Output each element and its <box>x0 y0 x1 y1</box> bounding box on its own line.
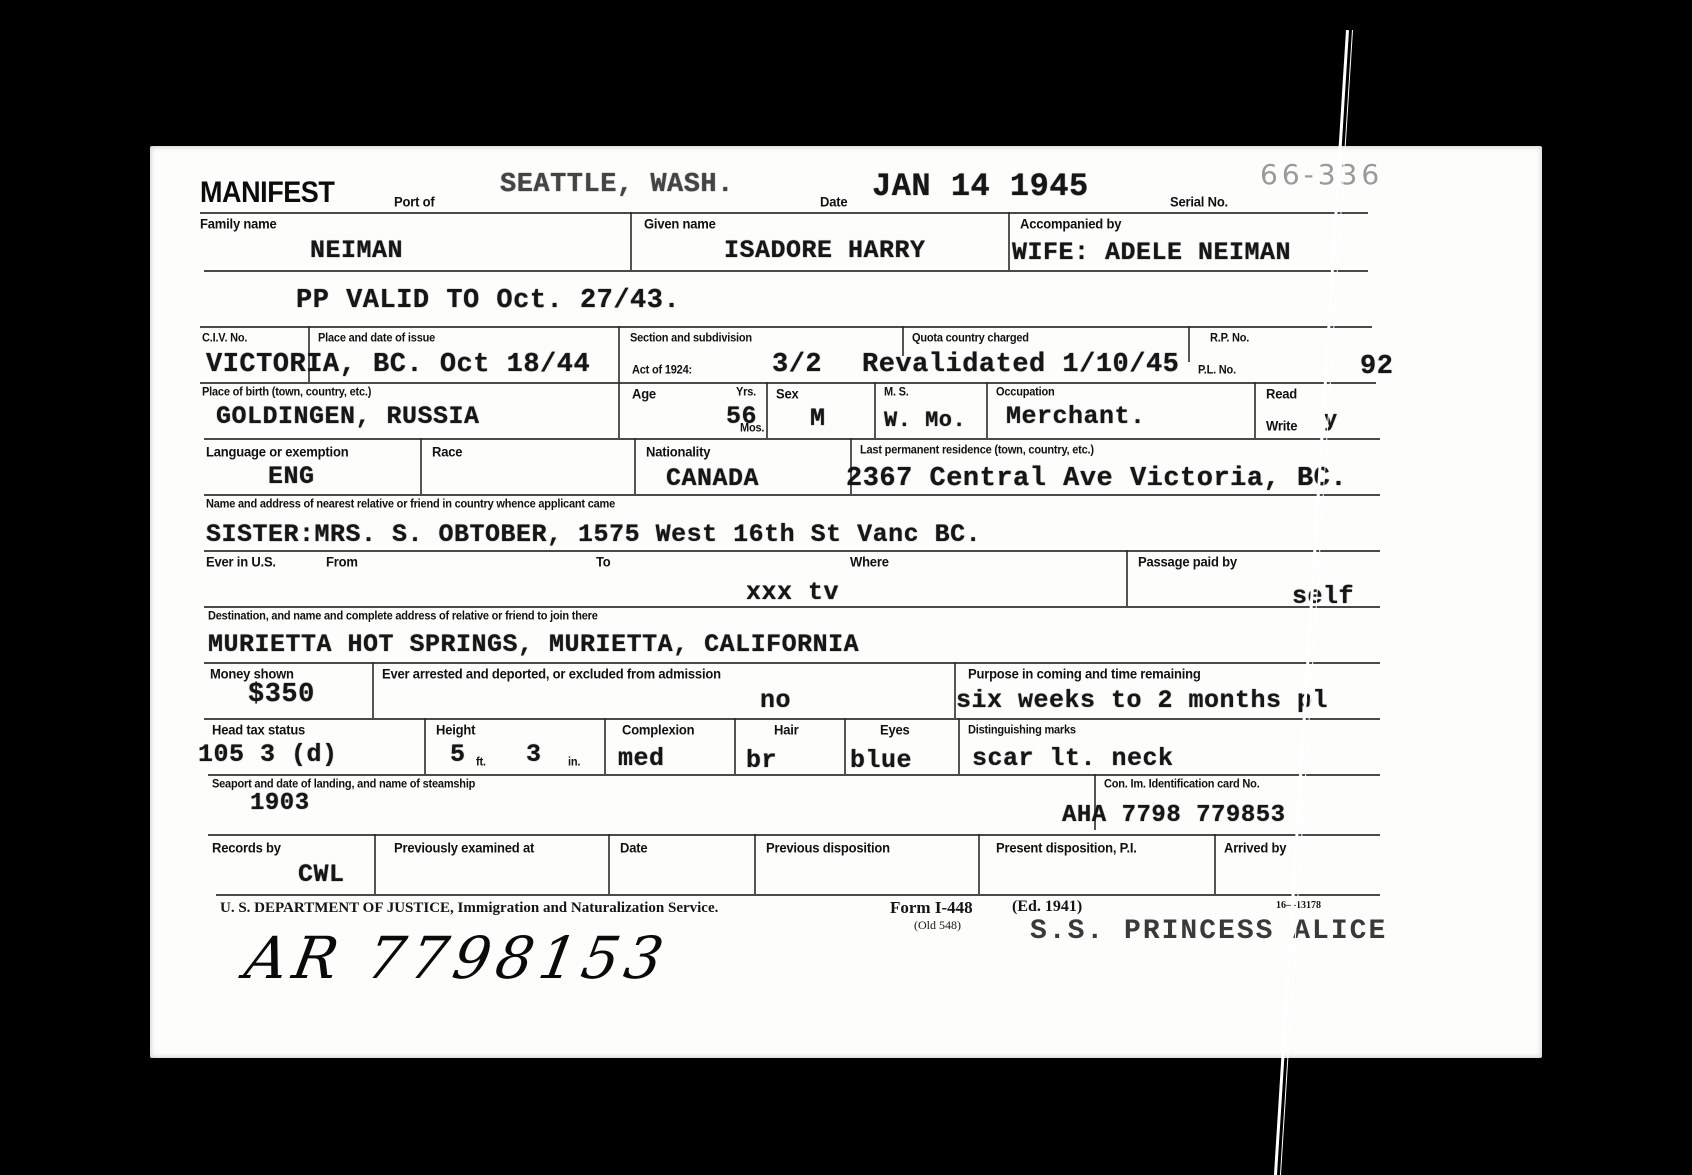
date-stamp: JAN 14 1945 <box>872 168 1089 205</box>
serial-label: Serial No. <box>1170 194 1228 210</box>
headtax-value: 105 3 (d) <box>198 740 338 769</box>
divider <box>874 382 876 438</box>
divider <box>604 718 606 774</box>
idcard-value: AHA 7798 779853 <box>1062 802 1286 829</box>
nationality-value: CANADA <box>666 464 759 493</box>
divider <box>200 326 1372 328</box>
divider <box>844 718 846 774</box>
given-name-label: Given name <box>644 216 716 232</box>
family-name-label: Family name <box>200 216 277 232</box>
to-label: To <box>596 554 611 570</box>
marital-status-label: M. S. <box>884 386 909 399</box>
footer-department: U. S. DEPARTMENT OF JUSTICE, Immigration… <box>220 900 718 917</box>
headtax-label: Head tax status <box>212 722 305 738</box>
divider <box>734 718 736 774</box>
divider <box>1254 382 1256 438</box>
accompanied-value: WIFE: ADELE NEIMAN <box>1012 238 1291 267</box>
manifest-title: MANIFEST <box>200 176 334 210</box>
height-in-value: 3 <box>526 740 542 769</box>
complexion-value: med <box>618 744 665 773</box>
divider <box>1126 550 1128 606</box>
divider <box>958 718 960 774</box>
steamship-stamp: S.S. PRINCESS ALICE <box>1030 916 1387 947</box>
pl-value: 92 <box>1360 352 1393 382</box>
divider <box>204 662 1380 664</box>
seaport-label: Seaport and date of landing, and name of… <box>212 778 475 791</box>
divider <box>216 894 1380 896</box>
where-label: Where <box>850 554 889 570</box>
form-number: Form I-448 <box>890 898 973 918</box>
sex-label: Sex <box>776 386 799 402</box>
divider <box>986 382 988 438</box>
issue-label: Place and date of issue <box>318 332 435 345</box>
divider <box>978 834 980 894</box>
divider <box>424 718 426 774</box>
ever-in-us-label: Ever in U.S. <box>206 554 276 570</box>
quota-value: Revalidated 1/10/45 <box>862 350 1179 380</box>
accompanied-label: Accompanied by <box>1020 216 1121 232</box>
divider <box>204 550 1380 552</box>
marital-status-value: W. Mo. <box>884 408 966 433</box>
quota-label: Quota country charged <box>912 332 1029 345</box>
prev-examined-label: Previously examined at <box>394 840 534 856</box>
birthplace-label: Place of birth (town, country, etc.) <box>202 386 371 399</box>
sex-value: M <box>810 404 826 433</box>
divider <box>204 494 1380 496</box>
port-label: Port of <box>394 194 434 210</box>
from-label: From <box>326 554 358 570</box>
date2-label: Date <box>620 840 647 856</box>
age-label: Age <box>632 386 656 402</box>
records-label: Records by <box>212 840 281 856</box>
date-label: Date <box>820 194 847 210</box>
marks-label: Distinguishing marks <box>968 724 1076 737</box>
manifest-card: MANIFEST Port of SEATTLE, WASH. Date JAN… <box>150 146 1542 1058</box>
divider <box>630 212 632 270</box>
divider <box>1188 326 1190 362</box>
destination-value: MURIETTA HOT SPRINGS, MURIETTA, CALIFORN… <box>208 630 859 659</box>
divider <box>204 270 1368 272</box>
divider <box>754 834 756 894</box>
form-old-number: (Old 548) <box>914 918 961 933</box>
eyes-value: blue <box>850 746 912 775</box>
divider <box>1214 834 1216 894</box>
divider <box>634 438 636 494</box>
eyes-label: Eyes <box>880 722 910 738</box>
in-label: in. <box>568 756 580 769</box>
section-value: 3/2 <box>772 350 822 380</box>
money-value: $350 <box>248 680 315 710</box>
divider <box>204 438 1380 440</box>
divider <box>608 834 610 894</box>
family-name-value: NEIMAN <box>310 236 403 265</box>
port-value: SEATTLE, WASH. <box>500 170 734 200</box>
where-value: xxx tv <box>746 578 839 607</box>
yrs-label: Yrs. <box>736 386 756 399</box>
prev-disposition-label: Previous disposition <box>766 840 890 856</box>
issue-value: VICTORIA, BC. Oct 18/44 <box>206 350 590 380</box>
hair-label: Hair <box>774 722 799 738</box>
purpose-value: six weeks to 2 months pl <box>956 686 1328 715</box>
print-code: 16—13178 <box>1276 900 1321 911</box>
relative-value: SISTER:MRS. S. OBTOBER, 1575 West 16th S… <box>206 520 981 549</box>
present-disposition-label: Present disposition, P.I. <box>996 840 1137 856</box>
passage-label: Passage paid by <box>1138 554 1237 570</box>
divider <box>374 834 376 894</box>
seaport-value: 1903 <box>250 790 310 817</box>
pl-label: P.L. No. <box>1198 364 1236 377</box>
marks-value: scar lt. neck <box>972 744 1174 773</box>
ft-label: ft. <box>476 756 486 769</box>
write-label: Write <box>1266 418 1297 434</box>
race-label: Race <box>432 444 462 460</box>
arrested-value: no <box>760 686 791 715</box>
occupation-label: Occupation <box>996 386 1055 399</box>
arrived-by-label: Arrived by <box>1224 840 1286 856</box>
handwritten-number: AR 7798153 <box>240 924 674 992</box>
residence-label: Last permanent residence (town, country,… <box>860 444 1094 457</box>
divider <box>420 438 422 494</box>
records-value: CWL <box>298 860 345 889</box>
rp-label: R.P. No. <box>1210 332 1249 345</box>
divider <box>1008 212 1010 270</box>
divider <box>204 606 1380 608</box>
divider <box>200 212 1368 214</box>
destination-label: Destination, and name and complete addre… <box>208 610 598 623</box>
nationality-label: Nationality <box>646 444 710 460</box>
section-label: Section and subdivision <box>630 332 752 345</box>
idcard-label: Con. Im. Identification card No. <box>1104 778 1260 791</box>
language-value: ENG <box>268 462 315 491</box>
divider <box>208 774 1380 776</box>
divider <box>766 382 768 438</box>
read-label: Read <box>1266 386 1297 402</box>
language-label: Language or exemption <box>206 444 348 460</box>
divider <box>204 718 1380 720</box>
height-label: Height <box>436 722 475 738</box>
complexion-label: Complexion <box>622 722 694 738</box>
hair-value: br <box>746 746 777 775</box>
form-edition: (Ed. 1941) <box>1012 898 1082 916</box>
purpose-label: Purpose in coming and time remaining <box>968 666 1201 682</box>
occupation-value: Merchant. <box>1006 402 1146 431</box>
civ-label: C.I.V. No. <box>202 332 247 345</box>
birthplace-value: GOLDINGEN, RUSSIA <box>216 402 480 431</box>
serial-value: 66-336 <box>1260 158 1383 191</box>
divider <box>208 834 1380 836</box>
arrested-label: Ever arrested and deported, or excluded … <box>382 666 721 682</box>
given-name-value: ISADORE HARRY <box>724 236 926 265</box>
relative-label: Name and address of nearest relative or … <box>206 498 615 511</box>
divider <box>200 382 1376 384</box>
act-label: Act of 1924: <box>632 364 692 377</box>
mos-label: Mos. <box>740 422 764 435</box>
residence-value: 2367 Central Ave Victoria, BC. <box>846 464 1347 494</box>
passport-note: PP VALID TO Oct. 27/43. <box>296 286 680 316</box>
divider <box>372 662 374 718</box>
height-ft-value: 5 <box>450 740 466 769</box>
